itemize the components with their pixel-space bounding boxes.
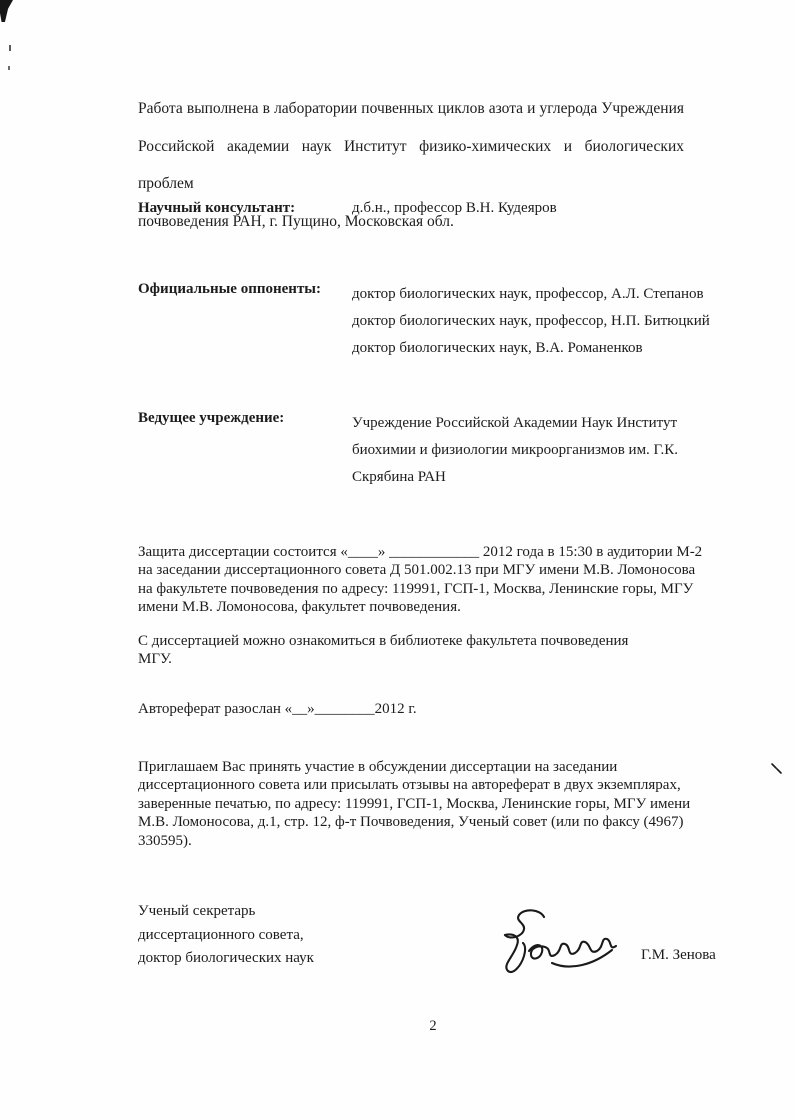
signature-icon: [497, 906, 622, 981]
leading-institution-label: Ведущее учреждение:: [138, 410, 284, 427]
defense-line: Защита диссертации состоится «____» ____…: [138, 543, 702, 561]
secretary-name: Г.М. Зенова: [641, 947, 716, 964]
opponents-label: Официальные оппоненты:: [138, 281, 321, 298]
tick-mark-icon: [769, 760, 785, 776]
secretary-line: диссертационного совета,: [138, 924, 314, 948]
scan-artifact-tick: [769, 760, 785, 776]
leading-institution-value: Учреждение Российской Академии Наук Инст…: [352, 410, 692, 491]
leading-institution-line: Учреждение Российской Академии Наук Инст…: [352, 410, 692, 437]
opponent-item: доктор биологических наук, профессор, А.…: [352, 281, 710, 308]
defense-line: на заседании диссертационного совета Д 5…: [138, 561, 702, 579]
invitation-line: диссертационного совета или присылать от…: [138, 776, 690, 794]
affiliation-line: Работа выполнена в лаборатории почвенных…: [138, 90, 684, 128]
leading-institution-line: Скрябина РАН: [352, 464, 692, 491]
scan-artifact-speck: [9, 45, 11, 51]
advisor-value: д.б.н., профессор В.Н. Кудеяров: [352, 200, 557, 217]
scan-artifact-corner: [0, 0, 13, 22]
signature-area: [497, 906, 622, 981]
invitation-line: заверенные печатью, по адресу: 119991, Г…: [138, 795, 690, 813]
document-page: Работа выполнена в лаборатории почвенных…: [0, 0, 795, 1120]
secretary-line: доктор биологических наук: [138, 947, 314, 971]
affiliation-paragraph: Работа выполнена в лаборатории почвенных…: [138, 90, 684, 240]
affiliation-line: Российской академии наук Институт физико…: [138, 128, 684, 203]
secretary-line: Ученый секретарь: [138, 900, 314, 924]
scan-artifact-speck: [8, 66, 10, 70]
invitation-line: Приглашаем Вас принять участие в обсужде…: [138, 758, 690, 776]
secretary-block: Ученый секретарь диссертационного совета…: [138, 900, 314, 971]
mailed-date-line: Автореферат разослан «__»________2012 г.: [138, 701, 417, 718]
invitation-line: 330595).: [138, 832, 690, 850]
defense-paragraph: Защита диссертации состоится «____» ____…: [138, 543, 702, 617]
library-line: С диссертацией можно ознакомиться в библ…: [138, 632, 628, 650]
invitation-line: М.В. Ломоносова, д.1, стр. 12, ф-т Почво…: [138, 813, 690, 831]
opponents-list: доктор биологических наук, профессор, А.…: [352, 281, 710, 362]
opponent-item: доктор биологических наук, В.А. Романенк…: [352, 335, 710, 362]
library-paragraph: С диссертацией можно ознакомиться в библ…: [138, 632, 628, 669]
library-line: МГУ.: [138, 650, 628, 668]
advisor-label: Научный консультант:: [138, 200, 295, 217]
defense-line: на факультете почвоведения по адресу: 11…: [138, 580, 702, 598]
opponent-item: доктор биологических наук, профессор, Н.…: [352, 308, 710, 335]
page-number: 2: [160, 1018, 706, 1035]
invitation-paragraph: Приглашаем Вас принять участие в обсужде…: [138, 758, 690, 850]
defense-line: имени М.В. Ломоносова, факультет почвове…: [138, 598, 702, 616]
leading-institution-line: биохимии и физиологии микроорганизмов им…: [352, 437, 692, 464]
